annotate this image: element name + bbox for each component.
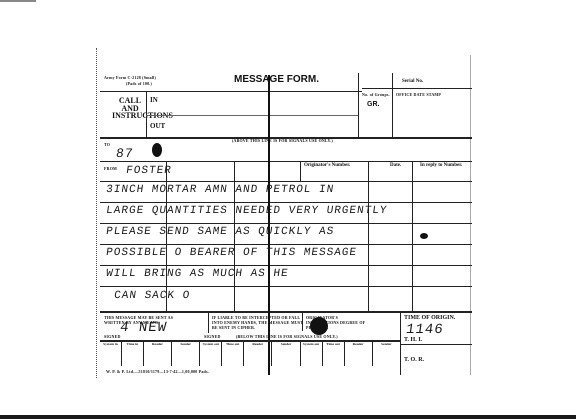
col-time-out-1: Time out <box>222 342 244 366</box>
header-rule <box>100 91 362 92</box>
col-reader-1: Reader <box>144 342 172 366</box>
time-of-origin-label: TIME OF ORIGIN. <box>404 315 455 321</box>
stamp-divider <box>392 73 393 137</box>
msg-rule-2 <box>100 202 472 203</box>
orig-divider <box>300 161 301 181</box>
message-form: Army Form C-2128 (Small) (Pads of 100.) … <box>100 55 470 375</box>
office-date-stamp-label: OFFICE DATE STAMP <box>396 93 441 97</box>
no-of-groups-label: No. of Groups. <box>362 93 390 97</box>
col-reader-2: Reader <box>244 342 272 366</box>
reply-divider <box>412 161 413 311</box>
message-line-1: 3INCH MORTAR AMN AND PETROL IN <box>105 185 335 196</box>
gr-label: GR. <box>367 101 379 108</box>
message-line-4: POSSIBLE O BEARER OF THIS MESSAGE <box>105 248 357 259</box>
time-of-origin-value: 1146 <box>405 323 445 337</box>
date-divider <box>368 161 369 311</box>
perforation-line <box>96 48 97 378</box>
msg-rule-4 <box>100 244 472 245</box>
originators-number-label: Originator's Number. <box>304 163 350 168</box>
in-reply-label: In reply to Number. <box>420 163 462 168</box>
message-line-6: CAN SACK O <box>113 291 191 302</box>
thi-label: T. H. I. <box>404 337 422 343</box>
col-sender-1: Sender <box>172 342 200 366</box>
printer-line: W. P. & P. Ltd.—51810/1179—13-7-42—1,00,… <box>106 370 209 374</box>
signed-label: SIGNED <box>104 335 121 339</box>
message-line-5: WILL BRING AS MUCH AS HE <box>105 269 289 280</box>
col-system-out-1: System out <box>200 342 222 366</box>
msg-rule-3 <box>100 223 472 224</box>
time-divider <box>400 311 401 375</box>
above-line-note: (ABOVE THIS LINE IS FOR SIGNALS USE ONLY… <box>232 139 333 143</box>
to-label: TO <box>104 143 110 147</box>
form-right-edge <box>470 55 471 375</box>
signature: 4 NEW <box>119 321 168 335</box>
message-line-2: LARGE QUANTITIES NEEDED VERY URGENTLY <box>105 206 388 217</box>
form-number: Army Form C-2128 (Small) <box>104 76 156 80</box>
to-rule <box>100 161 472 162</box>
pads-note: (Pads of 100.) <box>126 82 152 86</box>
date-label: Date. <box>390 163 401 168</box>
scan-edge-bottom <box>0 415 576 419</box>
scan-edge-top <box>0 0 36 2</box>
col-time-out-2: Time out <box>323 342 345 366</box>
ink-blot <box>310 317 328 335</box>
call-divider <box>146 91 147 137</box>
ink-blot <box>152 143 162 157</box>
from-label: FROM <box>104 167 117 171</box>
footer-divider-2 <box>302 313 303 331</box>
col-system-in: System in <box>100 342 122 366</box>
msg-rule-6 <box>100 286 472 287</box>
out-label: OUT <box>150 123 165 130</box>
form-title: MESSAGE FORM. <box>234 75 319 85</box>
serial-no-label: Serial No. <box>402 79 423 84</box>
footer-mid-note: IF LIABLE TO BE INTERCEPTED OR FALL INTO… <box>212 315 304 331</box>
col-time-in: Time in <box>122 342 144 366</box>
in-label: IN <box>150 97 158 104</box>
thi-rule <box>400 344 472 345</box>
msg-rule-5 <box>100 265 472 266</box>
msg-rule-1 <box>100 181 472 182</box>
tor-label: T. O. R. <box>404 357 424 363</box>
ink-blot <box>420 233 428 239</box>
col-system-out-2: System out <box>301 342 323 366</box>
header-rule-right <box>362 88 472 89</box>
col-reader-3: Reader <box>345 342 373 366</box>
to-value: 87 <box>115 147 134 160</box>
col-sender-3: Sender <box>373 342 400 366</box>
in-out-rule <box>146 115 358 116</box>
footer-divider-1 <box>208 311 209 333</box>
msg-rule-7 <box>100 311 472 313</box>
col-sender-2: Sender <box>272 342 300 366</box>
signed-label-2: SIGNED <box>204 335 221 339</box>
message-line-3: PLEASE SEND SAME AS QUICKLY AS <box>105 227 335 238</box>
below-line-note: (BELOW THIS LINE IS FOR SIGNALS USE ONLY… <box>236 335 338 339</box>
groups-divider <box>358 73 359 137</box>
signals-columns: System in Time in Reader Sender System o… <box>100 342 400 366</box>
call-instructions-label: CALL AND INSTRUCTIONS <box>112 97 148 120</box>
